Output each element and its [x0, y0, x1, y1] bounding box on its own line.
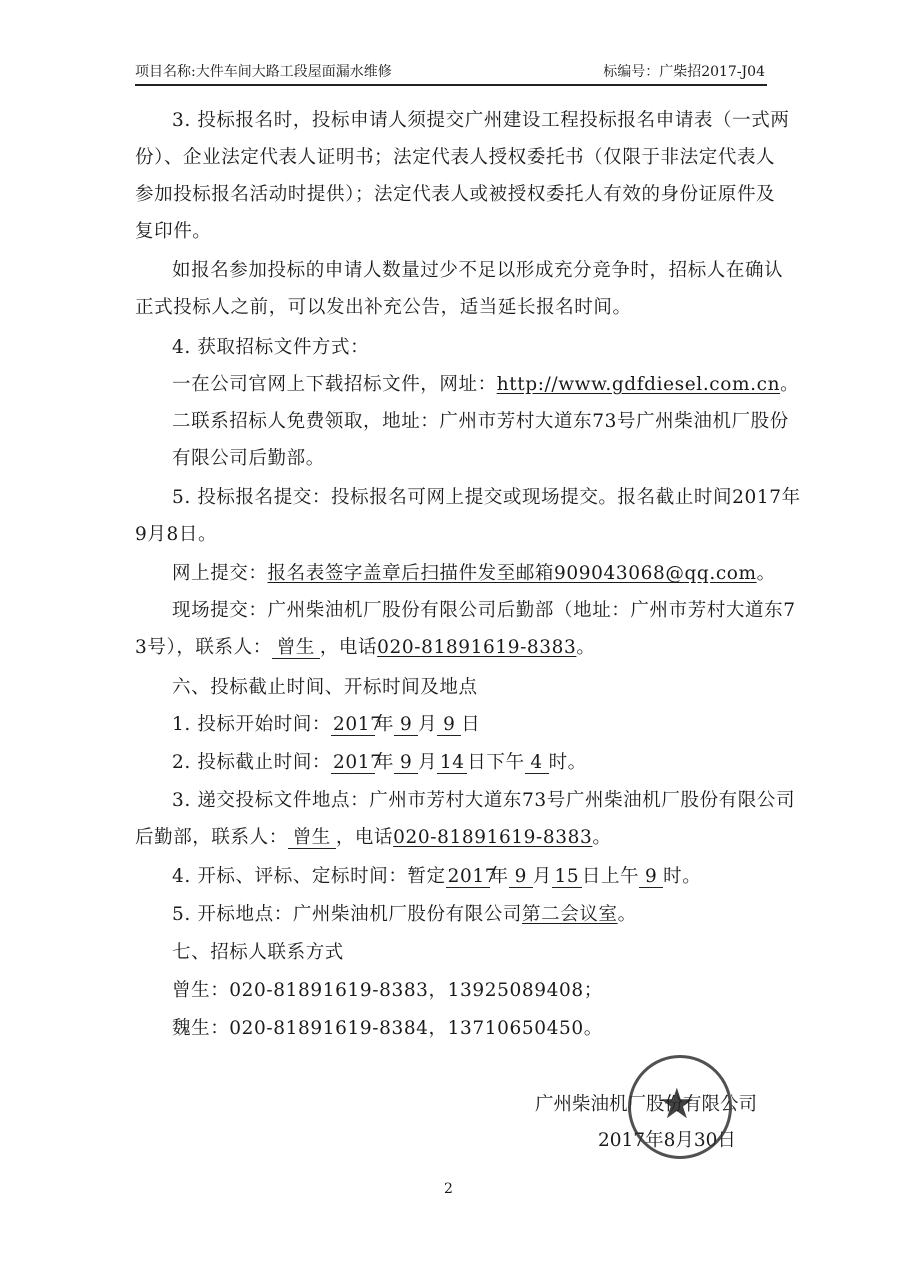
onsite-submission-line: 现场提交：广州柴油机厂股份有限公司后勤部（地址：广州市芳村大道东7	[172, 600, 812, 622]
month-blank: 9	[509, 867, 533, 888]
company-seal: ★	[628, 1055, 732, 1159]
item-4-title: 4. 获取招标文件方式：	[172, 337, 812, 359]
label: 4. 开标、评标、定标时间：暂定	[172, 866, 446, 887]
phone-number: 020-81891619-8383	[377, 637, 576, 658]
submission-location: 3. 递交投标文件地点：广州市芳村大道东73号广州柴油机厂股份有限公司	[172, 790, 812, 812]
punct: 。	[576, 637, 595, 658]
paragraph-shortage-line: 如报名参加投标的申请人数量过少不足以形成充分竞争时，招标人在确认	[172, 260, 812, 282]
online-label: 网上提交：	[172, 563, 268, 584]
bid-start-time: 1. 投标开始时间：2017年9月9日	[172, 714, 812, 736]
section-6-title: 六、投标截止时间、开标时间及地点	[172, 677, 812, 699]
phone-label: ，电话	[320, 637, 377, 658]
label: 年	[375, 714, 394, 735]
bid-number: 标编号：广柴招2017-J04	[603, 62, 765, 82]
day-blank: 14	[437, 753, 467, 774]
online-submission-line: 网上提交：报名表签字盖章后扫描件发至邮箱909043068@qq.com。	[172, 563, 812, 585]
paragraph-3-line: 份）、企业法定代表人证明书；法定代表人授权委托书（仅限于非法定代表人	[135, 147, 775, 169]
page-header: 项目名称:大件车间大路工段屋面漏水维修 标编号：广柴招2017-J04	[135, 62, 767, 86]
opening-location: 5. 开标地点：广州柴油机厂股份有限公司第二会议室。	[172, 904, 812, 926]
online-instruction-email[interactable]: 报名表签字盖章后扫描件发至邮箱909043068@qq.com	[268, 563, 757, 584]
project-name: 项目名称:大件车间大路工段屋面漏水维修	[135, 62, 392, 82]
label: 2. 投标截止时间：	[172, 752, 331, 773]
day-blank: 15	[552, 867, 582, 888]
pickup-line: 二联系招标人免费领取，地址：广州市芳村大道东73号广州柴油机厂股份	[172, 411, 812, 433]
website-link[interactable]: http://www.gdfdiesel.com.cn	[497, 374, 780, 395]
phone-number: 020-81891619-8383	[393, 827, 592, 848]
paragraph-shortage-line: 正式投标人之前，可以发出补充公告，适当延长报名时间。	[135, 297, 775, 319]
paragraph-3-line: 复印件。	[135, 221, 775, 243]
contact-line: 曾生：020-81891619-8383，13925089408；	[172, 980, 812, 1002]
punct: 。	[757, 563, 776, 584]
year-blank: 2017	[331, 715, 375, 736]
meeting-room: 第二会议室	[522, 904, 618, 925]
year-blank: 2017	[446, 867, 490, 888]
punct: 。	[592, 827, 611, 848]
opening-time: 4. 开标、评标、定标时间：暂定2017年9月15日上午9时。	[172, 866, 812, 888]
hour-blank: 4	[525, 753, 549, 774]
punct: 。	[780, 374, 799, 395]
pickup-line: 有限公司后勤部。	[172, 448, 812, 470]
contact-name: 曾生	[288, 828, 336, 849]
label: 日下午	[467, 752, 524, 773]
year-blank: 2017	[331, 753, 375, 774]
label: 后勤部，联系人：	[135, 827, 288, 848]
label: 月	[418, 752, 437, 773]
day-blank: 9	[437, 715, 461, 736]
section-7-title: 七、招标人联系方式	[172, 942, 812, 964]
paragraph-3-line: 参加投标报名活动时提供）；法定代表人或被授权委托人有效的身份证原件及	[135, 184, 775, 206]
label: ，电话	[336, 827, 393, 848]
label: 月	[418, 714, 437, 735]
bid-deadline: 2. 投标截止时间：2017年9月14日下午4时。	[172, 752, 812, 774]
item-5-line: 9月8日。	[135, 524, 775, 546]
contact-name: 曾生	[272, 638, 320, 659]
item-5-line: 5. 投标报名提交：投标报名可网上提交或现场提交。报名截止时间2017年	[172, 487, 812, 509]
download-line: 一在公司官网上下载招标文件，网址：http://www.gdfdiesel.co…	[172, 374, 812, 396]
label: 日	[461, 714, 480, 735]
hour-blank: 9	[639, 867, 663, 888]
label: 时。	[549, 752, 587, 773]
contact-label: 3号），联系人：	[135, 637, 272, 658]
month-blank: 9	[394, 715, 418, 736]
star-icon: ★	[658, 1080, 696, 1128]
contact-line: 魏生：020-81891619-8384，13710650450。	[172, 1018, 812, 1040]
punct: 。	[618, 904, 637, 925]
paragraph-3-line: 3. 投标报名时，投标申请人须提交广州建设工程投标报名申请表（一式两	[172, 110, 812, 132]
label: 月	[533, 866, 552, 887]
label: 年	[490, 866, 509, 887]
submission-contact: 后勤部，联系人：曾生，电话020-81891619-8383。	[135, 827, 775, 849]
label: 1. 投标开始时间：	[172, 714, 331, 735]
page-number: 2	[444, 1181, 453, 1197]
label: 5. 开标地点：广州柴油机厂股份有限公司	[172, 904, 522, 925]
month-blank: 9	[394, 753, 418, 774]
label: 日上午	[582, 866, 639, 887]
label: 年	[375, 752, 394, 773]
onsite-contact-line: 3号），联系人：曾生，电话020-81891619-8383。	[135, 637, 775, 659]
download-label: 一在公司官网上下载招标文件，网址：	[172, 374, 497, 395]
label: 时。	[663, 866, 701, 887]
